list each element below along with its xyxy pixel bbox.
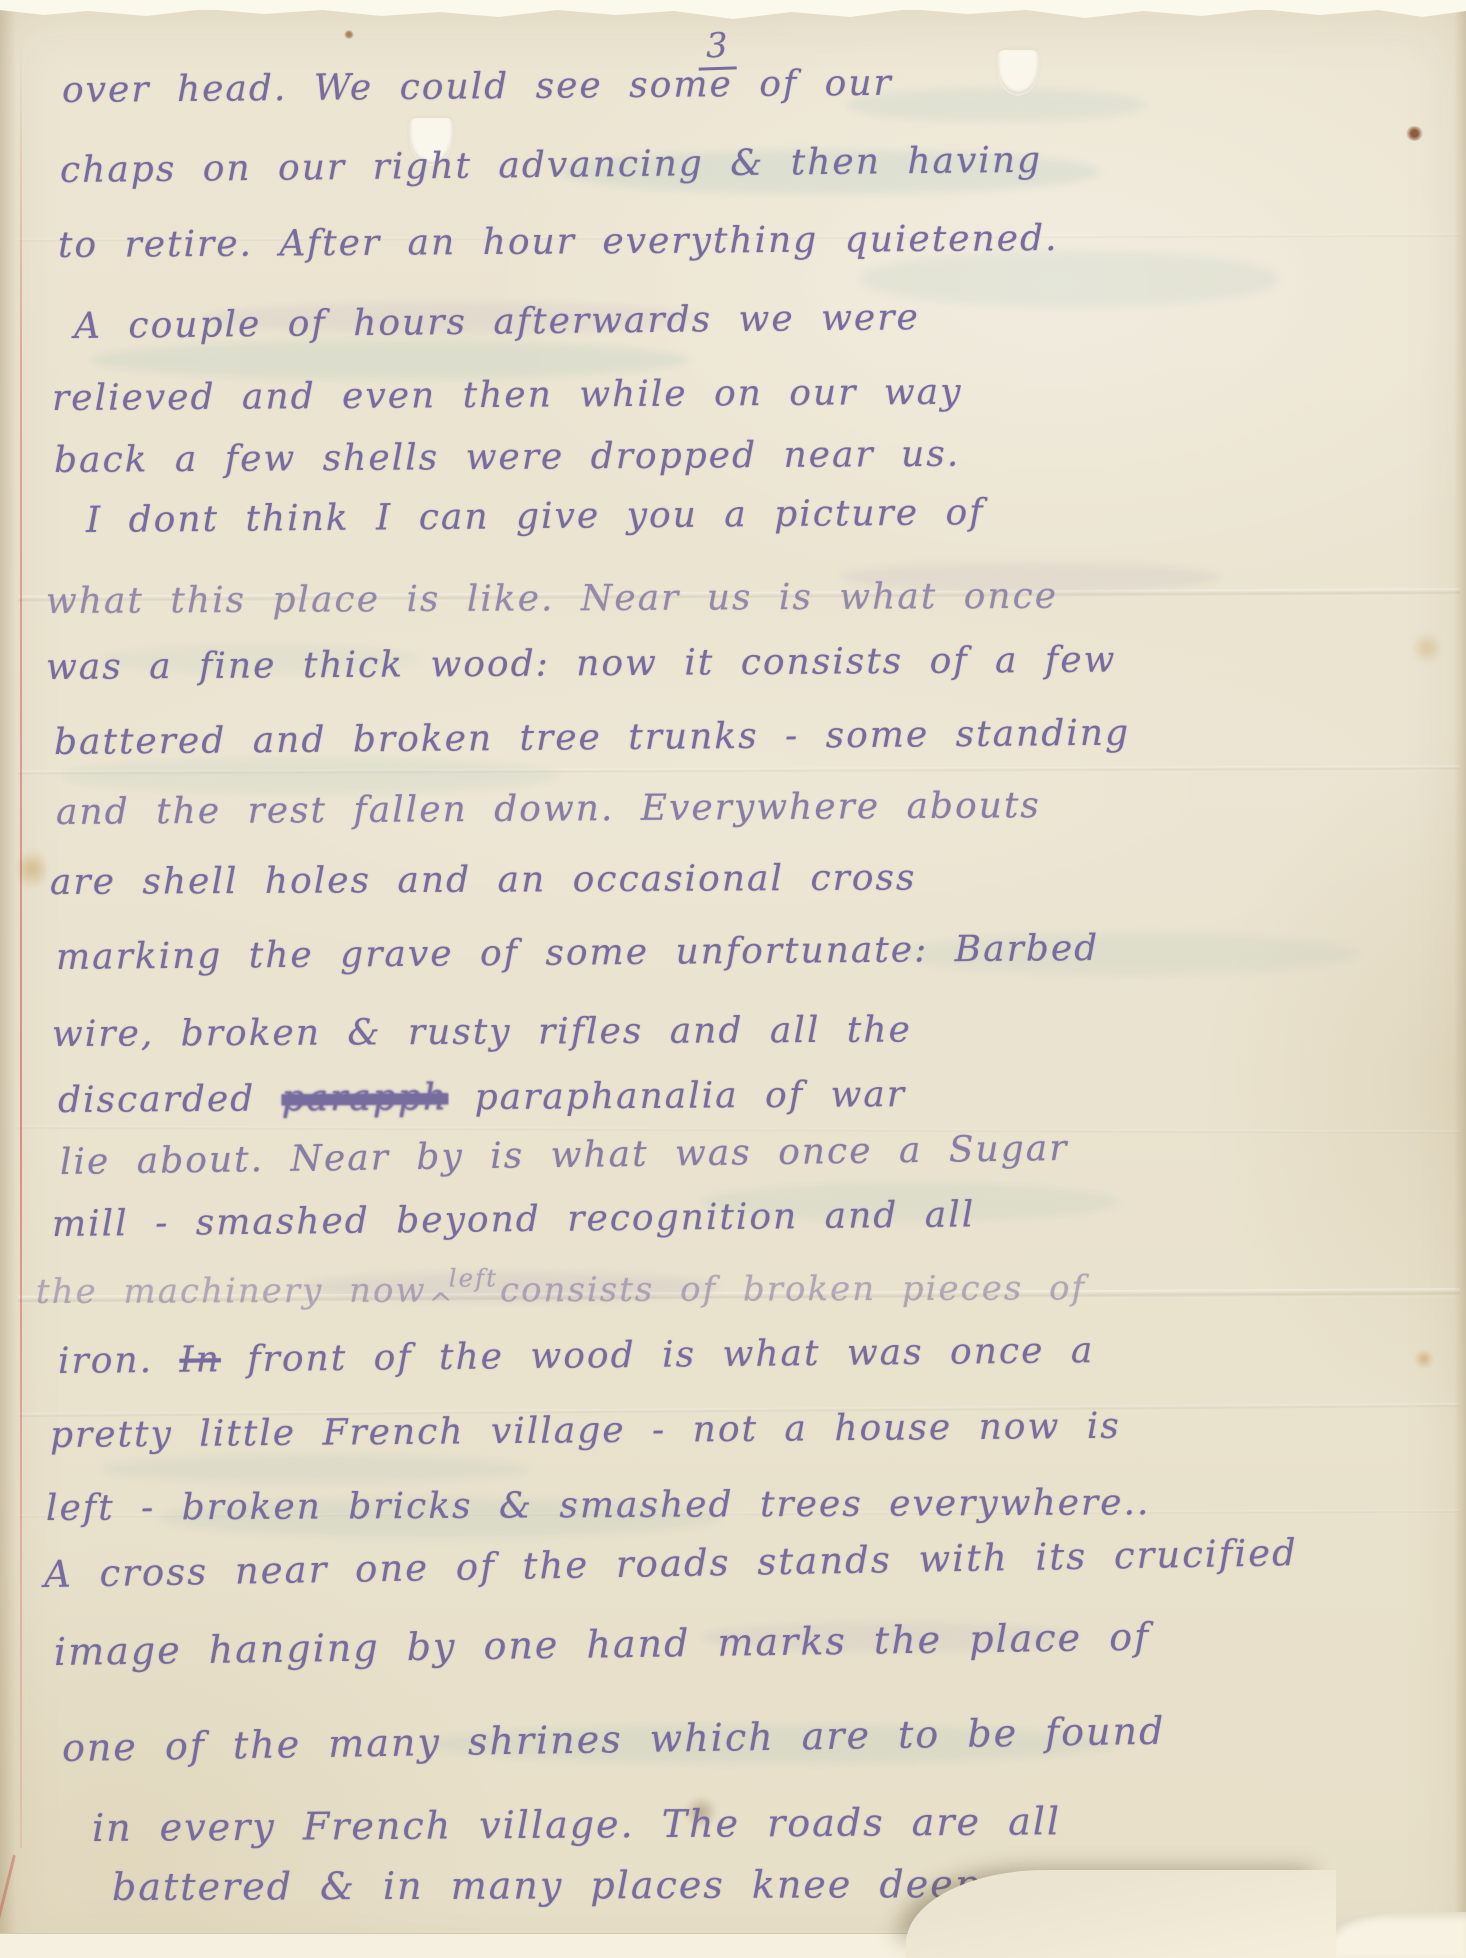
handwriting-segment: battered & in many places knee deep bbox=[112, 1862, 981, 1909]
handwriting-segment: iron. bbox=[58, 1340, 180, 1382]
handwriting-segment: over head. We could see some of our bbox=[62, 63, 893, 111]
handwriting-segment: I dont think I can give you a picture of bbox=[86, 492, 985, 541]
handwriting-segment: In bbox=[179, 1339, 221, 1380]
handwriting-segment: the machinery now bbox=[36, 1271, 427, 1312]
handwritten-line: over head. We could see some of our bbox=[62, 63, 893, 111]
handwriting-segment: and the rest fallen down. Everywhere abo… bbox=[56, 785, 1041, 833]
handwritten-line: in every French village. The roads are a… bbox=[92, 1799, 1061, 1850]
handwritten-line: the machinery now^leftconsists of broken… bbox=[36, 1268, 1086, 1312]
handwritten-line: A cross near one of the roads stands wit… bbox=[44, 1531, 1299, 1596]
handwriting-segment: discarded bbox=[58, 1078, 282, 1121]
handwritten-line: mill - smashed beyond recognition and al… bbox=[52, 1194, 976, 1245]
handwritten-line: one of the many shrines which are to be … bbox=[62, 1709, 1166, 1770]
handwriting-segment: chaps on our right advancing & then havi… bbox=[60, 140, 1042, 191]
handwritten-line: and the rest fallen down. Everywhere abo… bbox=[56, 785, 1041, 833]
handwritten-line: A couple of hours afterwards we were bbox=[74, 297, 920, 347]
handwriting-segment: was a fine thick wood: now it consists o… bbox=[46, 640, 1117, 688]
handwriting-segment: are shell holes and an occasional cross bbox=[50, 857, 917, 903]
handwritten-line: pretty little French village - not a hou… bbox=[50, 1406, 1121, 1456]
handwriting-segment: one of the many shrines which are to be … bbox=[62, 1709, 1166, 1770]
handwritten-line: lie about. Near by is what was once a Su… bbox=[60, 1128, 1069, 1183]
letter-page: 3 over head. We could see some of ourcha… bbox=[0, 10, 1466, 1958]
handwriting-segment: battered and broken tree trunks - some s… bbox=[54, 713, 1130, 763]
handwriting-segment: relieved and even then while on our way bbox=[52, 372, 963, 419]
handwriting-segment: to retire. After an hour everything quie… bbox=[58, 218, 1059, 266]
handwritten-line: battered & in many places knee deep bbox=[112, 1862, 981, 1909]
handwriting-segment: image hanging by one hand marks the plac… bbox=[54, 1615, 1151, 1674]
letter-scan: 3 over head. We could see some of ourcha… bbox=[0, 0, 1466, 1958]
handwriting-segment: pretty little French village - not a hou… bbox=[50, 1406, 1121, 1456]
handwritten-line: wire, broken & rusty rifles and all the bbox=[52, 1009, 912, 1055]
handwritten-line: image hanging by one hand marks the plac… bbox=[54, 1615, 1151, 1674]
handwriting-segment: mill - smashed beyond recognition and al… bbox=[52, 1194, 976, 1245]
handwritten-line: relieved and even then while on our way bbox=[52, 372, 963, 419]
handwriting-segment: left bbox=[449, 1264, 498, 1293]
handwritten-line: left - broken bricks & smashed trees eve… bbox=[46, 1482, 1151, 1529]
handwriting-segment: what this place is like. Near us is what… bbox=[46, 576, 1058, 622]
handwriting-segment: left - broken bricks & smashed trees eve… bbox=[46, 1482, 1151, 1529]
handwritten-line: chaps on our right advancing & then havi… bbox=[60, 140, 1042, 191]
page-under-sheet bbox=[1326, 1912, 1466, 1958]
handwritten-line: battered and broken tree trunks - some s… bbox=[54, 713, 1130, 763]
handwriting-segment: A couple of hours afterwards we were bbox=[74, 297, 920, 347]
handwriting-segment: in every French village. The roads are a… bbox=[92, 1799, 1061, 1850]
handwritten-line: to retire. After an hour everything quie… bbox=[58, 218, 1059, 266]
handwritten-line: back a few shells were dropped near us. bbox=[54, 434, 960, 481]
handwritten-line: are shell holes and an occasional cross bbox=[50, 857, 917, 903]
handwriting-segment: lie about. Near by is what was once a Su… bbox=[60, 1128, 1069, 1183]
handwriting-segment: consists of broken pieces of bbox=[500, 1268, 1086, 1310]
handwriting-segment: marking the grave of some unfortunate: B… bbox=[56, 928, 1100, 978]
handwritten-line: was a fine thick wood: now it consists o… bbox=[46, 640, 1117, 688]
handwritten-line: iron. In front of the wood is what was o… bbox=[58, 1330, 1095, 1382]
curled-corner bbox=[906, 1870, 1336, 1958]
handwriting-segment: wire, broken & rusty rifles and all the bbox=[52, 1009, 912, 1055]
handwriting-segment: paraphanalia of war bbox=[448, 1074, 906, 1118]
handwriting-segment: back a few shells were dropped near us. bbox=[54, 434, 960, 481]
handwritten-line: marking the grave of some unfortunate: B… bbox=[56, 928, 1100, 978]
handwriting-segment: A cross near one of the roads stands wit… bbox=[44, 1531, 1299, 1596]
manuscript-text: over head. We could see some of ourchaps… bbox=[0, 10, 1466, 1958]
handwritten-line: what this place is like. Near us is what… bbox=[46, 576, 1058, 622]
handwritten-line: discarded parapph paraphanalia of war bbox=[58, 1074, 906, 1121]
handwritten-line: I dont think I can give you a picture of bbox=[86, 492, 985, 541]
handwriting-segment: front of the wood is what was once a bbox=[221, 1330, 1095, 1380]
handwriting-segment: parapph bbox=[282, 1077, 449, 1119]
